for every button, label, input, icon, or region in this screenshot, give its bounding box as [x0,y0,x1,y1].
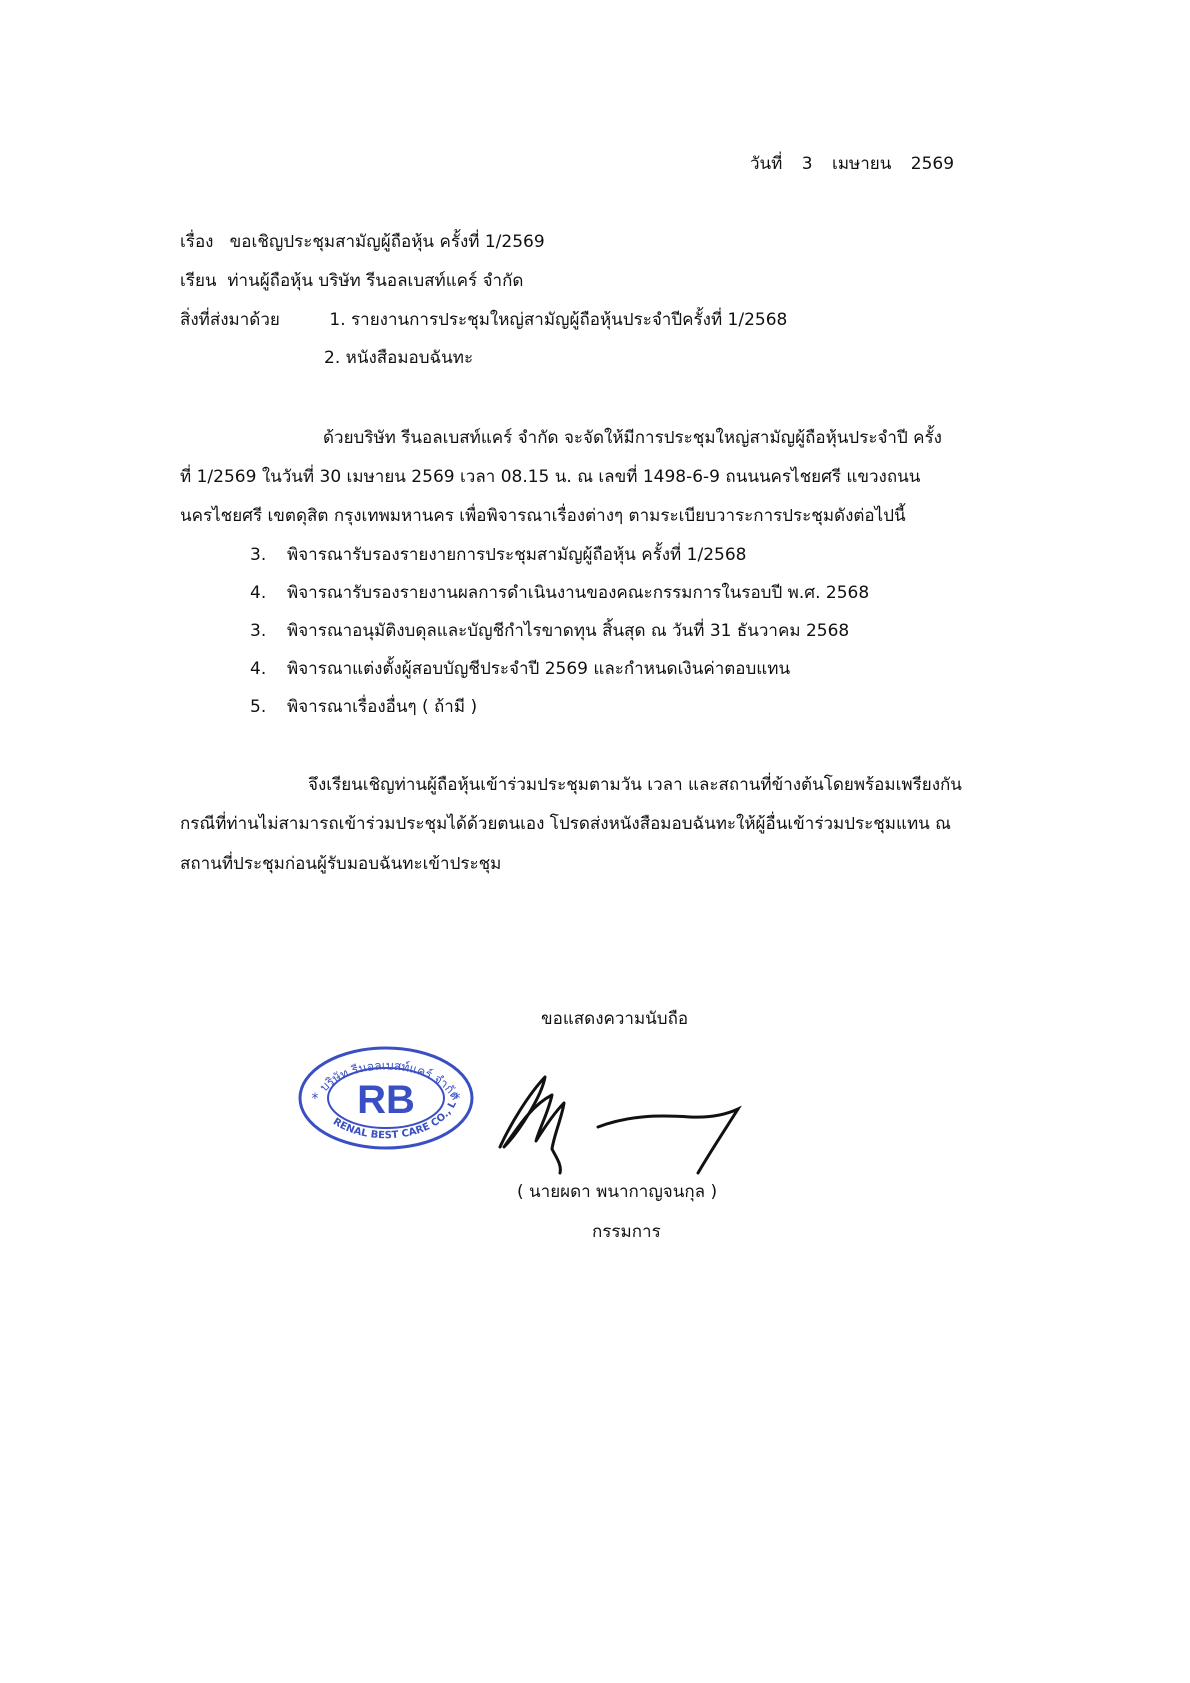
letter-date: วันที่ 3 เมษายน 2569 [750,152,968,176]
body-paragraph-line: ที่ 1/2569 ในวันที่ 30 เมษายน 2569 เวลา … [180,465,920,489]
signatory-title: กรรมการ [592,1220,661,1244]
date-month: เมษายน [832,154,891,174]
agenda-item: 3.พิจารณารับรองรายงายการประชุมสามัญผู้ถื… [250,543,746,567]
subject-label: เรื่อง [180,232,213,252]
agenda-text: พิจารณาแต่งตั้งผู้สอบบัญชีประจำปี 2569 แ… [287,659,790,679]
agenda-text: พิจารณารับรองรายงายการประชุมสามัญผู้ถือห… [287,545,746,565]
salutation-text: ท่านผู้ถือหุ้น บริษัท รีนอลเบสท์แคร์ จำก… [227,271,523,291]
agenda-text: พิจารณาเรื่องอื่นๆ ( ถ้ามี ) [287,697,477,717]
body-paragraph-line: นครไชยศรี เขตดุสิต กรุงเทพมหานคร เพื่อพิ… [180,504,906,528]
stamp-logo-text: RB [357,1078,415,1122]
closing-paragraph-line: จึงเรียนเชิญท่านผู้ถือหุ้นเข้าร่วมประชุม… [308,773,962,797]
closing-paragraph-line: กรณีที่ท่านไม่สามารถเข้าร่วมประชุมได้ด้ว… [180,812,951,836]
date-year: 2569 [911,154,954,174]
signatory-name: ( นายผดา พนากาญจนกุล ) [517,1180,717,1204]
agenda-number: 4. [250,581,287,605]
stamp-star-icon: * [454,1091,461,1107]
company-stamp: บริษัท รีนอลเบสท์แคร์ จำกัด RENAL BEST C… [296,1045,476,1151]
agenda-item: 4.พิจารณาแต่งตั้งผู้สอบบัญชีประจำปี 2569… [250,657,790,681]
regards-text: ขอแสดงความนับถือ [541,1007,688,1031]
subject-text: ขอเชิญประชุมสามัญผู้ถือหุ้น ครั้งที่ 1/2… [230,232,545,252]
closing-paragraph-line: สถานที่ประชุมก่อนผู้รับมอบฉันทะเข้าประชุ… [180,852,501,876]
agenda-text: พิจารณาอนุมัติงบดุลและบัญชีกำไรขาดทุน สิ… [287,621,849,641]
date-label: วันที่ [750,154,782,174]
agenda-text: พิจารณารับรองรายงานผลการดำเนินงานของคณะก… [287,583,869,603]
salutation-label: เรียน [180,271,217,291]
enclosure-item: 2. หนังสือมอบฉันทะ [324,346,473,370]
enclosures-label: สิ่งที่ส่งมาด้วย [180,308,324,332]
agenda-item: 4.พิจารณารับรองรายงานผลการดำเนินงานของคณ… [250,581,869,605]
date-day: 3 [802,154,813,174]
agenda-number: 3. [250,619,287,643]
signature-image [490,1065,750,1175]
agenda-item: 3.พิจารณาอนุมัติงบดุลและบัญชีกำไรขาดทุน … [250,619,849,643]
subject-line: เรื่อง ขอเชิญประชุมสามัญผู้ถือหุ้น ครั้ง… [180,230,545,254]
agenda-number: 3. [250,543,287,567]
stamp-star-icon: * [312,1091,319,1107]
agenda-number: 5. [250,695,287,719]
agenda-item: 5.พิจารณาเรื่องอื่นๆ ( ถ้ามี ) [250,695,477,719]
agenda-number: 4. [250,657,287,681]
salutation-line: เรียน ท่านผู้ถือหุ้น บริษัท รีนอลเบสท์แค… [180,269,523,293]
enclosure-item: 1. รายงานการประชุมใหญ่สามัญผู้ถือหุ้นประ… [329,310,787,330]
enclosures-line: สิ่งที่ส่งมาด้วย 1. รายงานการประชุมใหญ่ส… [180,308,787,332]
body-paragraph-line: ด้วยบริษัท รีนอลเบสท์แคร์ จำกัด จะจัดให้… [323,426,942,450]
